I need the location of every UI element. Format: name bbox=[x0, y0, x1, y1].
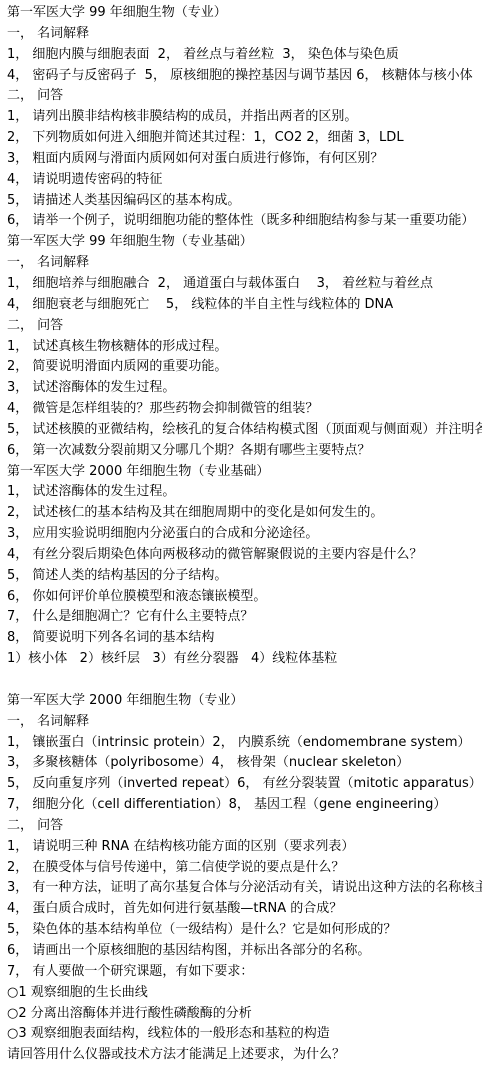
text-line: 5， 请描述人类基因编码区的基本构成。 bbox=[7, 191, 482, 212]
text-line: 一， 名词解释 bbox=[7, 24, 482, 45]
text-line: 8， 简要说明下列各名词的基本结构 bbox=[7, 628, 482, 649]
text-line: 4， 密码子与反密码子 5， 原核细胞的操控基因与调节基因 6， 核糖体与核小体 bbox=[7, 66, 482, 87]
text-line: ○3 观察细胞表面结构，线粒体的一般形态和基粒的构造 bbox=[7, 1024, 482, 1045]
text-line: 2， 试述核仁的基本结构及其在细胞周期中的变化是如何发生的。 bbox=[7, 503, 482, 524]
text-line: 3， 多聚核糖体（polyribosome）4， 核骨架（nuclear ske… bbox=[7, 753, 482, 774]
text-line: 1， 请列出膜非结构核非膜结构的成员，并指出两者的区别。 bbox=[7, 107, 482, 128]
text-line: 5， 简述人类的结构基因的分子结构。 bbox=[7, 566, 482, 587]
text-line bbox=[7, 670, 482, 691]
text-line: 4， 请说明遗传密码的特征 bbox=[7, 170, 482, 191]
text-line: 1， 试述真核生物核糖体的形成过程。 bbox=[7, 337, 482, 358]
text-line: 一， 名词解释 bbox=[7, 253, 482, 274]
document-body: 第一军医大学 99 年细胞生物（专业）一， 名词解释1， 细胞内膜与细胞表面 2… bbox=[0, 0, 482, 1066]
text-line: 7， 有人要做一个研究课题，有如下要求： bbox=[7, 962, 482, 983]
text-line: 第一军医大学 99 年细胞生物（专业基础） bbox=[7, 232, 482, 253]
text-line: 7， 什么是细胞凋亡？它有什么主要特点？ bbox=[7, 607, 482, 628]
text-line: 6， 第一次减数分裂前期又分哪几个期？各期有哪些主要特点？ bbox=[7, 441, 482, 462]
text-line: 请回答用什么仪器或技术方法才能满足上述要求，为什么？ bbox=[7, 1045, 482, 1066]
text-line: ○2 分离出溶酶体并进行酸性磷酸酶的分析 bbox=[7, 1004, 482, 1025]
text-line: 1）核小体 2）核纤层 3）有丝分裂器 4）线粒体基粒 bbox=[7, 649, 482, 670]
text-line: 二， 问答 bbox=[7, 816, 482, 837]
text-line: 3， 有一种方法，证明了高尔基复合体与分泌活动有关，请说出这种方法的名称核主要结… bbox=[7, 878, 482, 899]
text-line: 6， 请举一个例子，说明细胞功能的整体性（既多种细胞结构参与某一重要功能） bbox=[7, 211, 482, 232]
text-line: ○1 观察细胞的生长曲线 bbox=[7, 983, 482, 1004]
text-line: 5， 试述核膜的亚微结构，绘核孔的复合体结构模式图（顶面观与侧面观）并注明各部名… bbox=[7, 420, 482, 441]
text-line: 2， 简要说明滑面内质网的重要功能。 bbox=[7, 357, 482, 378]
text-line: 4， 蛋白质合成时，首先如何进行氨基酸—tRNA 的合成？ bbox=[7, 899, 482, 920]
text-line: 第一军医大学 2000 年细胞生物（专业基础） bbox=[7, 462, 482, 483]
text-line: 6， 你如何评价单位膜模型和液态镶嵌模型。 bbox=[7, 587, 482, 608]
text-line: 2， 在膜受体与信号传递中，第二信使学说的要点是什么？ bbox=[7, 858, 482, 879]
text-line: 4， 微管是怎样组装的？那些药物会抑制微管的组装？ bbox=[7, 399, 482, 420]
text-line: 6， 请画出一个原核细胞的基因结构图，并标出各部分的名称。 bbox=[7, 941, 482, 962]
text-line: 3， 试述溶酶体的发生过程。 bbox=[7, 378, 482, 399]
text-line: 第一军医大学 99 年细胞生物（专业） bbox=[7, 3, 482, 24]
text-line: 1， 请说明三种 RNA 在结构核功能方面的区别（要求列表） bbox=[7, 837, 482, 858]
text-line: 一， 名词解释 bbox=[7, 712, 482, 733]
text-line: 第一军医大学 2000 年细胞生物（专业） bbox=[7, 691, 482, 712]
text-line: 4， 细胞衰老与细胞死亡 5， 线粒体的半自主性与线粒体的 DNA bbox=[7, 295, 482, 316]
text-line: 1， 细胞内膜与细胞表面 2， 着丝点与着丝粒 3， 染色体与染色质 bbox=[7, 45, 482, 66]
text-line: 5， 染色体的基本结构单位（一级结构）是什么？它是如何形成的？ bbox=[7, 920, 482, 941]
text-line: 2， 下列物质如何进入细胞并简述其过程：1，CO2 2，细菌 3，LDL bbox=[7, 128, 482, 149]
text-line: 3， 粗面内质网与滑面内质网如何对蛋白质进行修饰，有何区别？ bbox=[7, 149, 482, 170]
text-line: 7， 细胞分化（cell differentiation）8， 基因工程（gen… bbox=[7, 795, 482, 816]
text-line: 5， 反向重复序列（inverted repeat）6， 有丝分裂装置（mito… bbox=[7, 774, 482, 795]
text-line: 1， 试述溶酶体的发生过程。 bbox=[7, 482, 482, 503]
text-line: 3， 应用实验说明细胞内分泌蛋白的合成和分泌途径。 bbox=[7, 524, 482, 545]
text-line: 二， 问答 bbox=[7, 316, 482, 337]
text-line: 4， 有丝分裂后期染色体向两极移动的微管解聚假说的主要内容是什么？ bbox=[7, 545, 482, 566]
text-line: 二， 问答 bbox=[7, 86, 482, 107]
text-line: 1， 细胞培养与细胞融合 2， 通道蛋白与载体蛋白 3， 着丝粒与着丝点 bbox=[7, 274, 482, 295]
text-line: 1， 镶嵌蛋白（intrinsic protein）2， 内膜系统（endome… bbox=[7, 733, 482, 754]
